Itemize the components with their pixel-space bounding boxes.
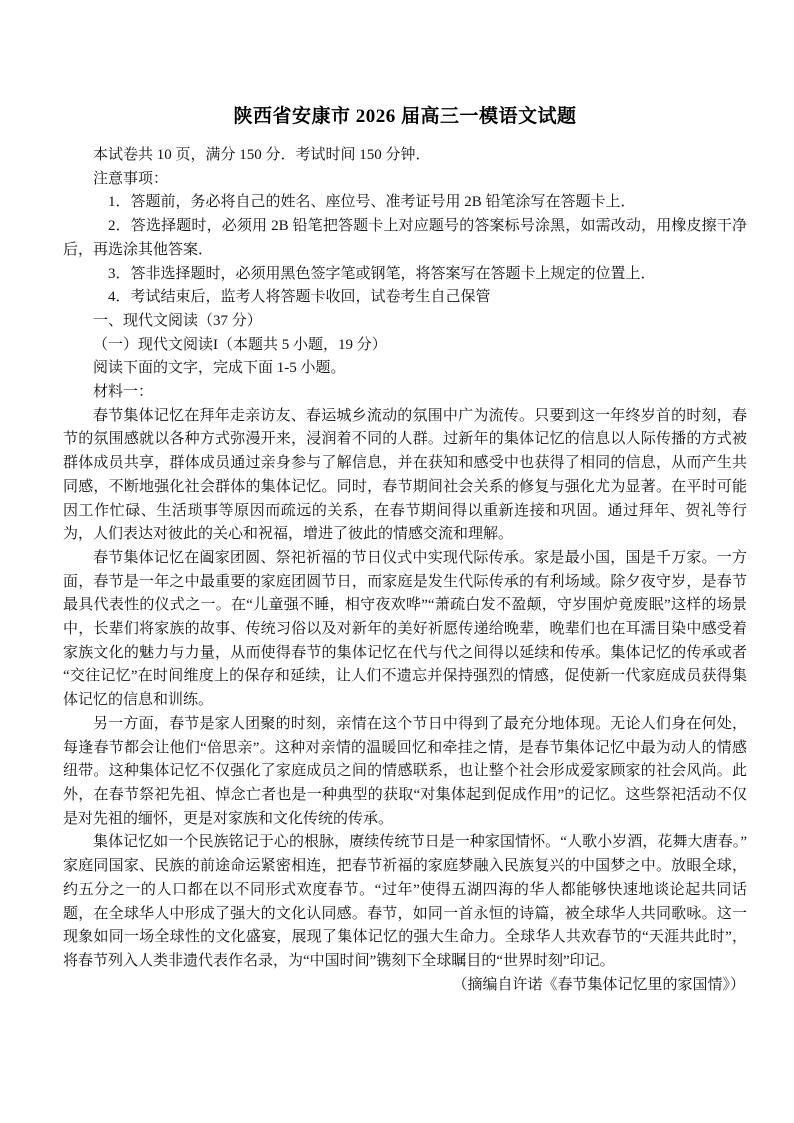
exam-info-line: 本试卷共 10 页，满分 150 分．考试时间 150 分钟． xyxy=(63,144,747,168)
passage-paragraph-4: 集体记忆如一个民族铭记于心的根脉，赓续传统节日是一种家国情怀。“人歌小岁酒，花舞… xyxy=(63,831,747,973)
notice-heading: 注意事项： xyxy=(63,168,747,192)
passage-paragraph-2: 春节集体记忆在阖家团圆、祭祀祈福的节日仪式中实现代际传承。家是最小国，国是千万家… xyxy=(63,547,747,713)
subsection-heading: （一）现代文阅读I（本题共 5 小题，19 分） xyxy=(63,334,747,358)
source-citation: （摘编自许诺《春节集体记忆里的家国情》） xyxy=(63,974,745,998)
page-title: 陕西省安康市 2026 届高三一模语文试题 xyxy=(63,102,747,132)
notice-item-2: 2．答选择题时，必须用 2B 铅笔把答题卡上对应题号的答案标号涂黑，如需改动，用… xyxy=(63,215,747,262)
reading-instruction: 阅读下面的文字，完成下面 1-5 小题。 xyxy=(63,357,747,381)
notice-item-4: 4．考试结束后，监考人将答题卡收回，试卷考生自己保管 xyxy=(63,286,747,310)
passage-paragraph-3: 另一方面，春节是家人团聚的时刻，亲情在这个节日中得到了最充分地体现。无论人们身在… xyxy=(63,713,747,832)
notice-item-1: 1．答题前，务必将自己的姓名、座位号、准考证号用 2B 铅笔涂写在答题卡上． xyxy=(63,191,747,215)
passage-paragraph-1: 春节集体记忆在拜年走亲访友、春运城乡流动的氛围中广为流传。只要到这一年终岁首的时… xyxy=(63,405,747,547)
document-page: 陕西省安康市 2026 届高三一模语文试题 本试卷共 10 页，满分 150 分… xyxy=(0,0,794,1123)
material-label: 材料一： xyxy=(63,381,747,405)
notice-item-3: 3．答非选择题时，必须用黑色签字笔或钢笔，将答案写在答题卡上规定的位置上． xyxy=(63,263,747,287)
section-heading: 一、现代文阅读（37 分） xyxy=(63,310,747,334)
